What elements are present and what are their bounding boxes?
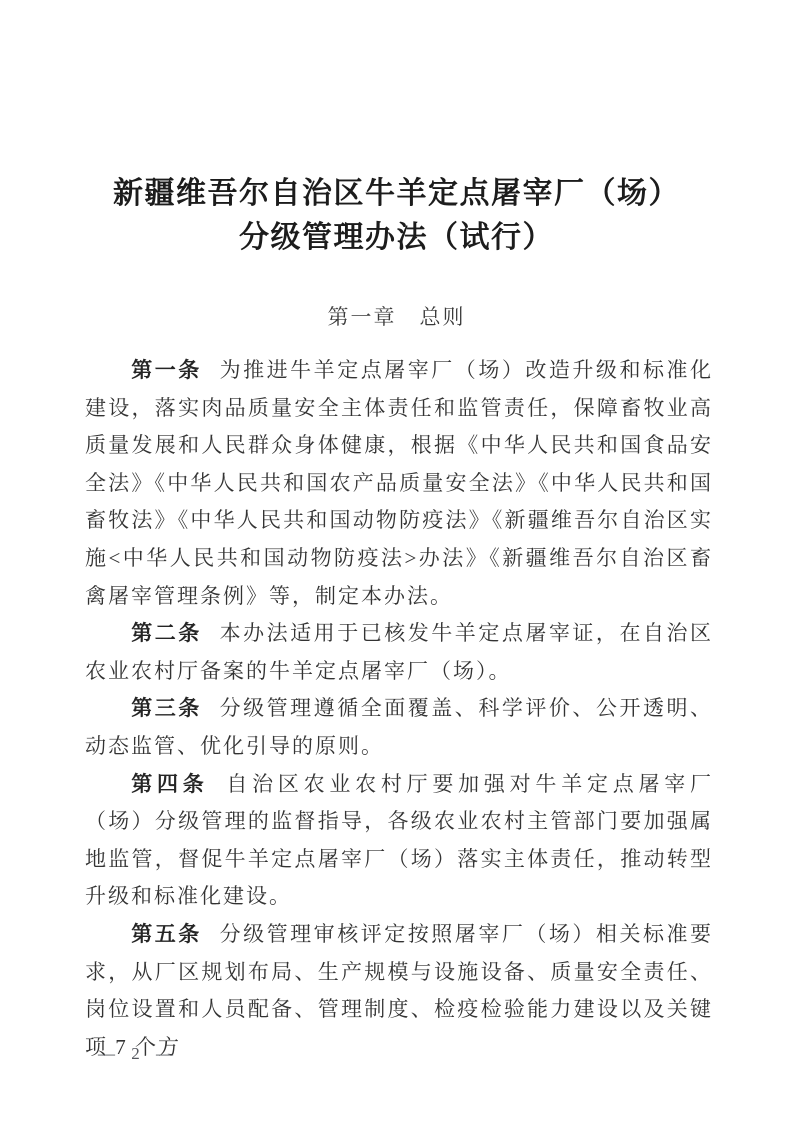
document-page: 新疆维吾尔自治区牛羊定点屠宰厂（场） 分级管理办法（试行） 第一章 总则 第一条… (0, 0, 793, 1122)
article-number-label: 第三条 (131, 696, 202, 720)
page-number: — 2 — (98, 1044, 179, 1064)
article-number-label: 第二条 (131, 621, 202, 645)
chapter-heading: 第一章 总则 (0, 301, 793, 331)
document-title-line1: 新疆维吾尔自治区牛羊定点屠宰厂（场） (113, 177, 680, 210)
article-number-label: 第一条 (131, 358, 202, 382)
document-title-line2: 分级管理办法（试行） (239, 221, 554, 254)
article-paragraph: 第四条自治区农业农村厅要加强对牛羊定点屠宰厂（场）分级管理的监督指导，各级农业农… (85, 766, 713, 916)
article-number-label: 第四条 (131, 772, 208, 796)
article-paragraph: 第二条本办法适用于已核发牛羊定点屠宰证，在自治区农业农村厅备案的牛羊定点屠宰厂（… (85, 615, 713, 690)
article-text: 为推进牛羊定点屠宰厂（场）改造升级和标准化建设，落实肉品质量安全主体责任和监管责… (85, 358, 713, 608)
article-paragraph: 第一条为推进牛羊定点屠宰厂（场）改造升级和标准化建设，落实肉品质量安全主体责任和… (85, 352, 713, 615)
document-body: 第一条为推进牛羊定点屠宰厂（场）改造升级和标准化建设，落实肉品质量安全主体责任和… (85, 352, 713, 1066)
document-title: 新疆维吾尔自治区牛羊定点屠宰厂（场） 分级管理办法（试行） (0, 172, 793, 260)
article-number-label: 第五条 (131, 922, 202, 946)
article-paragraph: 第三条分级管理遵循全面覆盖、科学评价、公开透明、动态监管、优化引导的原则。 (85, 690, 713, 765)
article-paragraph: 第五条分级管理审核评定按照屠宰厂（场）相关标准要求，从厂区规划布局、生产规模与设… (85, 916, 713, 1066)
